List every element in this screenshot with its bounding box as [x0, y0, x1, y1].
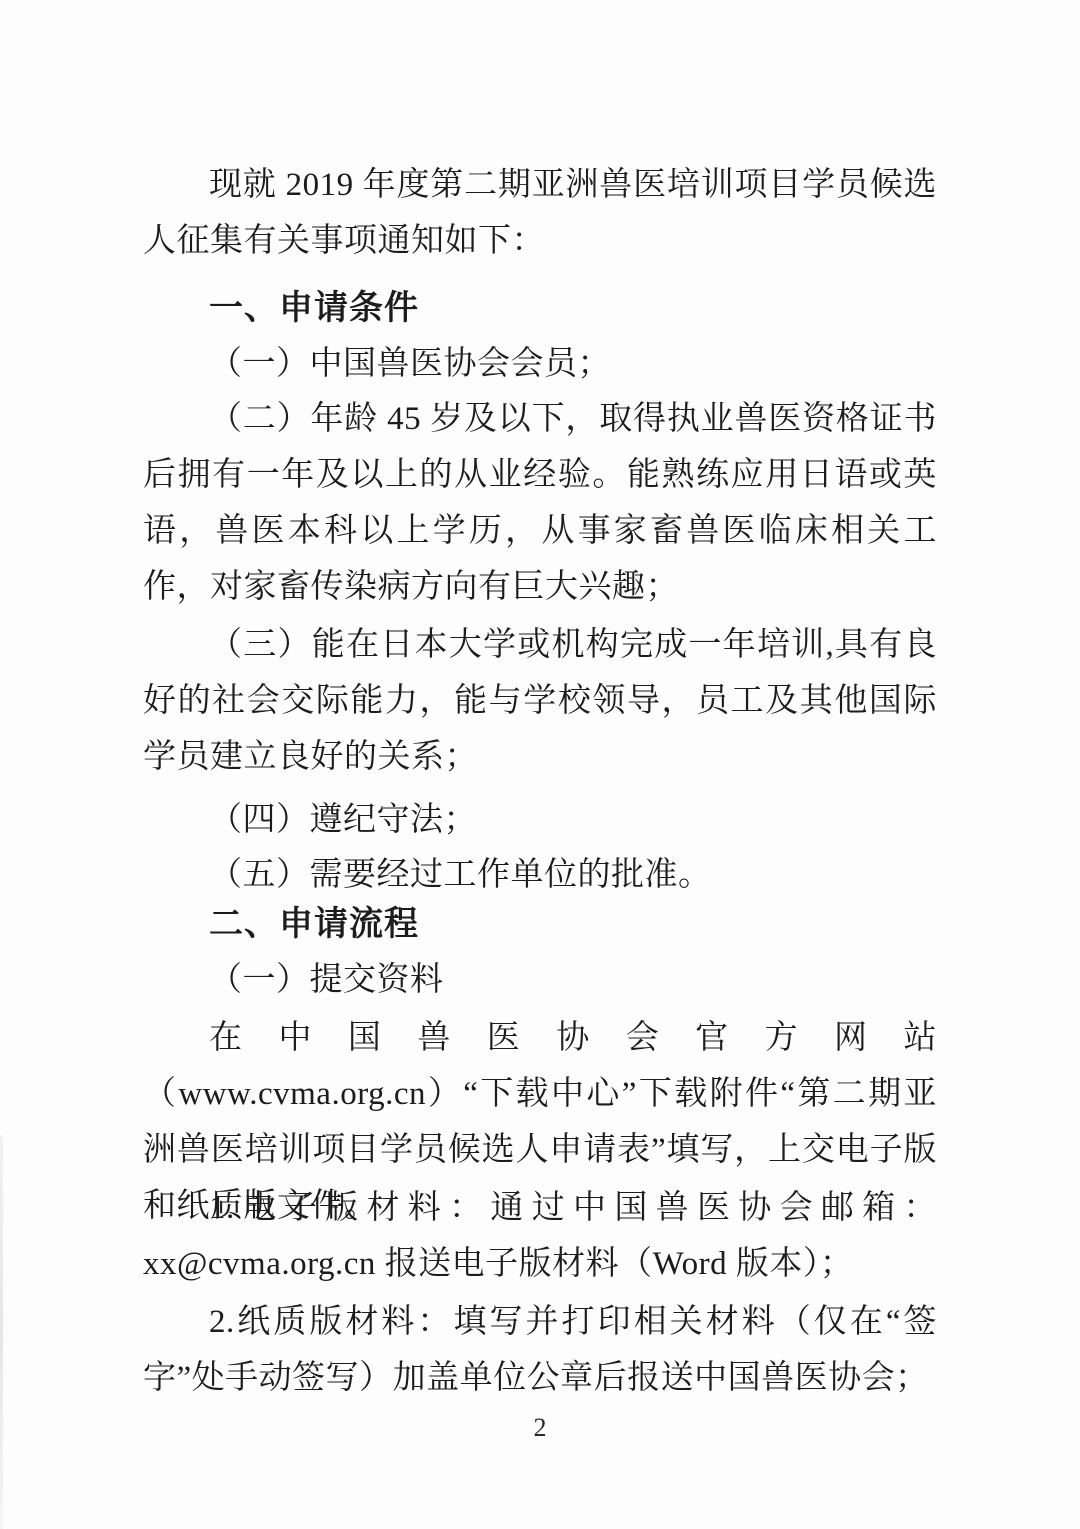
process-subheading-submit-materials: （一）提交资料 — [143, 952, 937, 1008]
scan-artifact-streak — [0, 1135, 3, 1529]
process-item-electronic-materials: 1.电子版材料：通过中国兽医协会邮箱：xx@cvma.org.cn 报送电子版材… — [143, 1180, 937, 1292]
section-heading-application-conditions: 一、申请条件 — [143, 280, 937, 336]
intro-paragraph: 现就 2019 年度第二期亚洲兽医培训项目学员候选人征集有关事项通知如下： — [143, 157, 937, 269]
scanned-document-page: 现就 2019 年度第二期亚洲兽医培训项目学员候选人征集有关事项通知如下： 一、… — [0, 0, 1080, 1529]
condition-item-4: （四）遵纪守法； — [143, 792, 937, 848]
condition-item-3: （三）能在日本大学或机构完成一年培训,具有良好的社会交际能力，能与学校领导，员工… — [143, 617, 937, 785]
page-number: 2 — [0, 1412, 1080, 1444]
condition-item-1: （一）中国兽医协会会员； — [143, 336, 937, 392]
condition-item-5: （五）需要经过工作单位的批准。 — [143, 847, 937, 903]
condition-item-2: （二）年龄 45 岁及以下，取得执业兽医资格证书后拥有一年及以上的从业经验。能熟… — [143, 391, 937, 615]
section-heading-application-process: 二、申请流程 — [143, 896, 937, 952]
process-item-paper-materials: 2.纸质版材料：填写并打印相关材料（仅在“签字”处手动签写）加盖单位公章后报送中… — [143, 1294, 937, 1406]
